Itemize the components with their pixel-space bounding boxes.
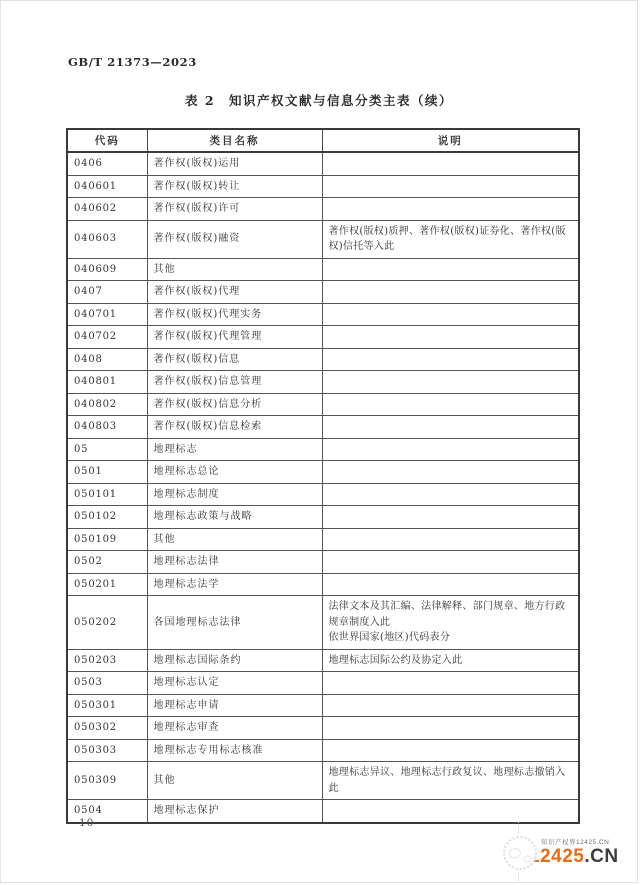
cell-name: 著作权(版权)信息	[147, 348, 322, 371]
cell-code: 040603	[67, 220, 147, 258]
cell-code: 040602	[67, 198, 147, 221]
cell-code: 050309	[67, 762, 147, 800]
table-row: 0503地理标志认定	[67, 672, 579, 695]
cell-name: 著作权(版权)代理	[147, 281, 322, 304]
cell-code: 0407	[67, 281, 147, 304]
cell-name: 各国地理标志法律	[147, 596, 322, 650]
cell-note	[322, 393, 579, 416]
cell-note	[322, 717, 579, 740]
cell-code: 040701	[67, 303, 147, 326]
cell-code: 050301	[67, 694, 147, 717]
cell-code: 0503	[67, 672, 147, 695]
cell-code: 050201	[67, 573, 147, 596]
cell-name: 地理标志专用标志核准	[147, 739, 322, 762]
watermark-tagline: 知识产权界12425.CN	[541, 837, 609, 846]
cell-note	[322, 258, 579, 281]
col-header-name: 类目名称	[147, 129, 322, 152]
cell-code: 050102	[67, 506, 147, 529]
cell-name: 地理标志法学	[147, 573, 322, 596]
cell-code: 050109	[67, 528, 147, 551]
cell-name: 地理标志政策与战略	[147, 506, 322, 529]
table-row: 0408著作权(版权)信息	[67, 348, 579, 371]
cell-note: 地理标志国际公约及协定入此	[322, 649, 579, 672]
cell-name: 著作权(版权)转让	[147, 175, 322, 198]
cell-note	[322, 416, 579, 439]
cell-code: 05	[67, 438, 147, 461]
table-row: 050102地理标志政策与战略	[67, 506, 579, 529]
table-row: 040609其他	[67, 258, 579, 281]
cell-name: 其他	[147, 528, 322, 551]
table-row: 040702著作权(版权)代理管理	[67, 326, 579, 349]
cell-note	[322, 672, 579, 695]
cell-name: 地理标志	[147, 438, 322, 461]
standard-number: GB/T 21373—2023	[68, 55, 197, 69]
cell-name: 其他	[147, 762, 322, 800]
cell-note	[322, 800, 579, 823]
cell-code: 050203	[67, 649, 147, 672]
watermark-text-block: 知识产权界12425.CN 12425.CN	[529, 837, 619, 866]
cell-code: 0501	[67, 461, 147, 484]
cell-note: 著作权(版权)质押、著作权(版权)证券化、著作权(版权)信托等入此	[322, 220, 579, 258]
cell-name: 地理标志制度	[147, 483, 322, 506]
cell-name: 著作权(版权)代理管理	[147, 326, 322, 349]
watermark-suffix: .CN	[584, 846, 618, 867]
cell-note	[322, 175, 579, 198]
cell-code: 040702	[67, 326, 147, 349]
document-page: GB/T 21373—2023 表 2 知识产权文献与信息分类主表（续） 代码 …	[0, 0, 638, 883]
cell-code: 050302	[67, 717, 147, 740]
cell-note	[322, 348, 579, 371]
table-row: 040602著作权(版权)许可	[67, 198, 579, 221]
col-header-code: 代码	[67, 129, 147, 152]
table-header: 代码 类目名称 说明	[67, 129, 579, 152]
cell-name: 地理标志申请	[147, 694, 322, 717]
table-row: 050303地理标志专用标志核准	[67, 739, 579, 762]
table-row: 050109其他	[67, 528, 579, 551]
classification-table: 代码 类目名称 说明 0406著作权(版权)运用040601著作权(版权)转让0…	[66, 128, 580, 824]
cell-name: 著作权(版权)信息分析	[147, 393, 322, 416]
cell-note	[322, 438, 579, 461]
table-row: 0501地理标志总论	[67, 461, 579, 484]
cell-name: 地理标志国际条约	[147, 649, 322, 672]
table-row: 040801著作权(版权)信息管理	[67, 371, 579, 394]
table-title: 表 2 知识产权文献与信息分类主表（续）	[1, 91, 637, 109]
table-row: 0504地理标志保护	[67, 800, 579, 823]
table-body: 0406著作权(版权)运用040601著作权(版权)转让040602著作权(版权…	[67, 152, 579, 823]
col-header-note: 说明	[322, 129, 579, 152]
cell-note	[322, 528, 579, 551]
table-row: 040803著作权(版权)信息检索	[67, 416, 579, 439]
cell-code: 050202	[67, 596, 147, 650]
cell-code: 0408	[67, 348, 147, 371]
table-row: 0502地理标志法律	[67, 551, 579, 574]
cell-note	[322, 198, 579, 221]
table-row: 050201地理标志法学	[67, 573, 579, 596]
cell-note: 地理标志异议、地理标志行政复议、地理标志撤销入此	[322, 762, 579, 800]
cell-note: 法律文本及其汇编、法律解释、部门规章、地方行政规章制度入此 依世界国家(地区)代…	[322, 596, 579, 650]
cell-name: 地理标志保护	[147, 800, 322, 823]
cell-note	[322, 483, 579, 506]
cell-note	[322, 573, 579, 596]
watermark-site: 12425.CN	[529, 847, 619, 866]
page-number: 10	[79, 817, 94, 829]
cell-name: 著作权(版权)许可	[147, 198, 322, 221]
cell-name: 地理标志认定	[147, 672, 322, 695]
cell-name: 著作权(版权)信息管理	[147, 371, 322, 394]
cell-name: 地理标志审查	[147, 717, 322, 740]
cell-note	[322, 551, 579, 574]
cell-name: 著作权(版权)运用	[147, 152, 322, 175]
table-row: 050101地理标志制度	[67, 483, 579, 506]
cell-name: 其他	[147, 258, 322, 281]
table-row: 050302地理标志审查	[67, 717, 579, 740]
table-row: 040601著作权(版权)转让	[67, 175, 579, 198]
table-row: 050309其他地理标志异议、地理标志行政复议、地理标志撤销入此	[67, 762, 579, 800]
cell-note	[322, 371, 579, 394]
cell-code: 040609	[67, 258, 147, 281]
cell-note	[322, 694, 579, 717]
cell-code: 040802	[67, 393, 147, 416]
table-row: 0407著作权(版权)代理	[67, 281, 579, 304]
table-row: 0406著作权(版权)运用	[67, 152, 579, 175]
cell-code: 040801	[67, 371, 147, 394]
cell-note	[322, 303, 579, 326]
watermark: 知识产权界12425.CN 12425.CN	[503, 832, 619, 870]
cell-note	[322, 461, 579, 484]
cell-note	[322, 326, 579, 349]
cell-name: 著作权(版权)融资	[147, 220, 322, 258]
table-row: 05地理标志	[67, 438, 579, 461]
cell-name: 地理标志法律	[147, 551, 322, 574]
cell-code: 040803	[67, 416, 147, 439]
cell-note	[322, 739, 579, 762]
cell-note	[322, 152, 579, 175]
cell-note	[322, 281, 579, 304]
cell-code: 050303	[67, 739, 147, 762]
cell-code: 040601	[67, 175, 147, 198]
cell-code: 0406	[67, 152, 147, 175]
cell-note	[322, 506, 579, 529]
cell-code: 050101	[67, 483, 147, 506]
cell-code: 0502	[67, 551, 147, 574]
header-row: 代码 类目名称 说明	[67, 129, 579, 152]
table-row: 040603著作权(版权)融资著作权(版权)质押、著作权(版权)证券化、著作权(…	[67, 220, 579, 258]
table-row: 050301地理标志申请	[67, 694, 579, 717]
watermark-number: 12425	[529, 846, 584, 867]
table-row: 040701著作权(版权)代理实务	[67, 303, 579, 326]
table-row: 050203地理标志国际条约地理标志国际公约及协定入此	[67, 649, 579, 672]
cell-name: 著作权(版权)信息检索	[147, 416, 322, 439]
table-row: 040802著作权(版权)信息分析	[67, 393, 579, 416]
cell-name: 地理标志总论	[147, 461, 322, 484]
table-row: 050202各国地理标志法律法律文本及其汇编、法律解释、部门规章、地方行政规章制…	[67, 596, 579, 650]
cell-name: 著作权(版权)代理实务	[147, 303, 322, 326]
